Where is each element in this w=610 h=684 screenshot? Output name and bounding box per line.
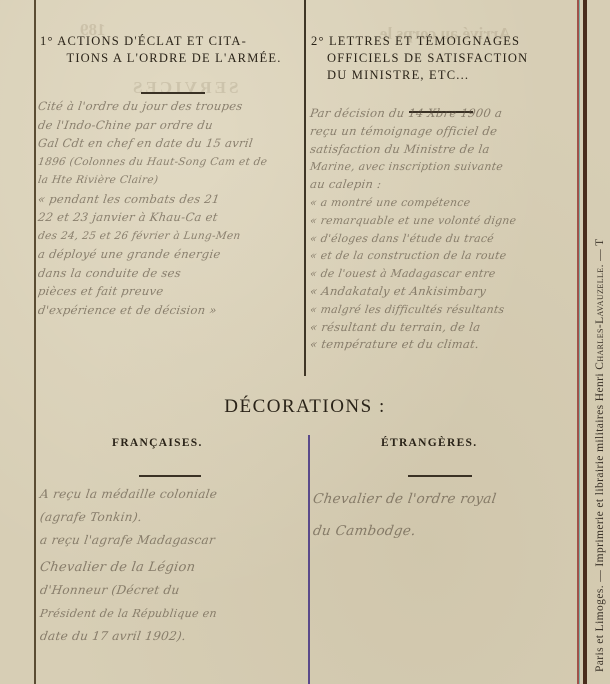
handwritten-line: date du 17 avril 1902). (38, 625, 218, 648)
handwritten-line: (agrafe Tonkin). (38, 506, 218, 529)
letters-handwritten-entry: Par décision du 14 Xbre 1900 a reçu un t… (310, 105, 516, 354)
heading-line: 1° ACTIONS D'ÉCLAT ET CITA- (40, 34, 247, 48)
heading-line: TIONS A L'ORDRE DE L'ARMÉE. (40, 50, 302, 67)
bleed-through-services: SERVICES (130, 78, 238, 98)
handwritten-line: des 24, 25 et 26 février à Lung-Men (37, 227, 269, 246)
handwritten-line: la Hte Rivière Claire) (37, 171, 269, 190)
decorations-francaises-heading: FRANÇAISES. (112, 437, 203, 449)
handwritten-line: « température et du climat. (309, 336, 518, 354)
decorations-title: DÉCORATIONS : (0, 396, 610, 418)
handwritten-line: A reçu la médaille coloniale (38, 483, 218, 506)
heading-line: OFFICIELS DE SATISFACTION (311, 50, 573, 67)
right-border-thick-line (583, 0, 587, 684)
imprint-suffix: — T (594, 238, 606, 264)
heading-line: DU MINISTRE, ETC... (311, 67, 573, 84)
imprint-publisher: Charles-Lavauzelle. (594, 264, 606, 370)
handwritten-line: « pendant les combats des 21 (37, 190, 269, 209)
francaises-handwritten-entry: A reçu la médaille coloniale (agrafe Ton… (40, 483, 217, 648)
handwritten-line: « remarquable et une volonté digne (309, 212, 518, 230)
actions-handwritten-entry: Cité à l'ordre du jour des troupes de l'… (38, 97, 267, 319)
handwritten-line: « résultant du terrain, de la (309, 319, 518, 337)
separator-rule (141, 92, 205, 94)
handwritten-line: « et de la construction de la route (309, 247, 518, 265)
left-margin-rule (34, 0, 36, 684)
separator-rule (139, 475, 201, 477)
handwritten-line: « Andakataly et Ankisimbary (309, 283, 518, 301)
section-actions-heading: 1° ACTIONS D'ÉCLAT ET CITA- TIONS A L'OR… (40, 33, 302, 67)
handwritten-line: Par décision du 14 Xbre 1900 a (309, 105, 518, 123)
handwritten-line: du Cambodge. (311, 515, 499, 547)
handwritten-line: « a montré une compétence (309, 194, 518, 212)
handwritten-line: Cité à l'ordre du jour des troupes (37, 97, 269, 116)
column-divider-top (304, 0, 306, 376)
handwritten-line: « d'éloges dans l'étude du tracé (309, 230, 518, 248)
etrangeres-handwritten-entry: Chevalier de l'ordre royal du Cambodge. (313, 483, 496, 547)
heading-line: 2° LETTRES ET TÉMOIGNAGES (311, 34, 520, 48)
handwritten-line: a déployé une grande énergie (37, 245, 269, 264)
handwritten-line: a reçu l'agrafe Madagascar (38, 529, 218, 552)
handwritten-line: Chevalier de la Légion (38, 556, 218, 579)
handwritten-line: reçu un témoignage officiel de (309, 123, 518, 141)
handwritten-line: « malgré les difficultés résultants (309, 301, 518, 319)
handwritten-line: Gal Cdt en chef en date du 15 avril (37, 134, 269, 153)
document-page: Arrivé au corps le 189 SERVICES 1° ACTIO… (0, 0, 610, 684)
handwritten-line: d'Honneur (Décret du (38, 579, 218, 602)
handwritten-line: satisfaction du Ministre de la (309, 141, 518, 159)
handwritten-line: de l'Indo-Chine par ordre du (37, 116, 269, 135)
handwritten-line: pièces et fait preuve (37, 282, 269, 301)
handwritten-line: au calepin : (309, 176, 518, 194)
handwritten-line: 22 et 23 janvier à Khau-Ca et (37, 208, 269, 227)
column-divider-decorations (308, 435, 310, 684)
printer-imprint: Paris et Limoges. — Imprimerie et librai… (590, 0, 610, 684)
handwritten-line: Chevalier de l'ordre royal (311, 483, 499, 515)
handwritten-line: dans la conduite de ses (37, 264, 269, 283)
section-letters-heading: 2° LETTRES ET TÉMOIGNAGES OFFICIELS DE S… (311, 33, 573, 84)
imprint-text: Paris et Limoges. — Imprimerie et librai… (594, 370, 606, 672)
handwritten-line: Marine, avec inscription suivante (309, 158, 518, 176)
right-border-teal-line (579, 0, 580, 684)
decorations-etrangeres-heading: ÉTRANGÈRES. (381, 437, 477, 449)
handwritten-line: « de l'ouest à Madagascar entre (309, 265, 518, 283)
handwritten-line: 1896 (Colonnes du Haut-Song Cam et de (37, 153, 269, 172)
handwritten-line: Président de la République en (38, 602, 218, 625)
separator-rule (408, 475, 472, 477)
handwritten-line: d'expérience et de décision » (37, 301, 269, 320)
